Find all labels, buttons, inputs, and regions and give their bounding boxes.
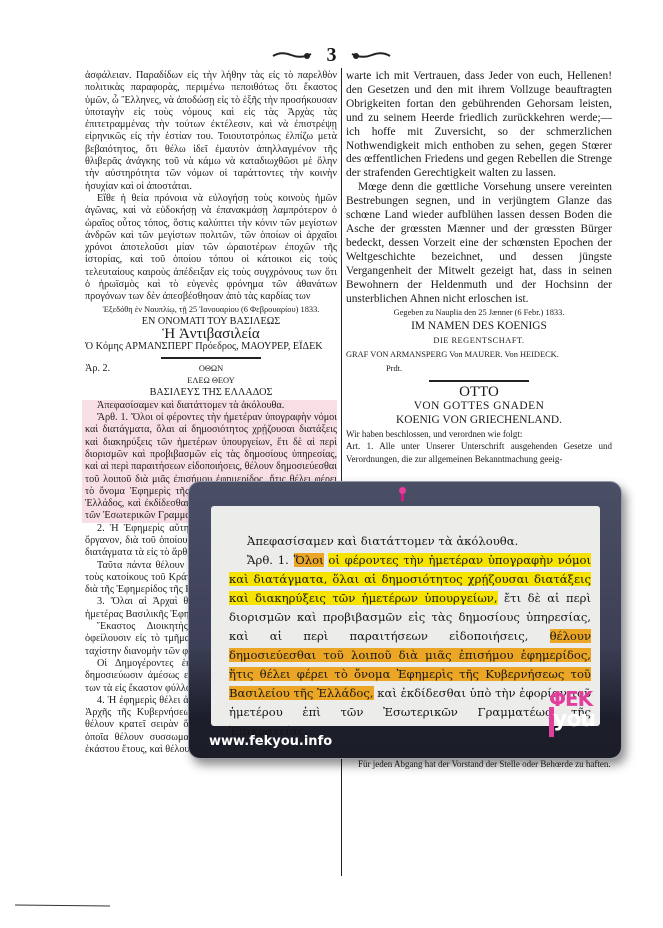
highlight-word[interactable]: Ὅλοι xyxy=(294,553,324,567)
greek-paragraph-1: ἀσφάλειαν. Παραδίδων εἰς τὴν λήθην τὰς ε… xyxy=(85,70,337,193)
logo-you: you xyxy=(553,707,595,732)
greek-number-label: Ἀρ. 2. xyxy=(85,363,110,375)
zoomed-article-label: Ἄρθ. 1. xyxy=(247,553,289,567)
fekyou-logo[interactable]: ΦΕΚ you xyxy=(545,687,607,741)
greek-king-title: ΒΑΣΙΛΕΥΣ ΤΗΣ ΕΛΛΑΔΟΣ xyxy=(85,387,337,399)
footer-rule xyxy=(15,905,110,907)
greek-decree-intro: Ἀπεφασίσαμεν καὶ διατάττομεν τὰ ἀκόλουθα… xyxy=(85,400,337,412)
greek-decree-head: Ἀρ. 2. ΟΘΩΝ ΕΛΕΩ ΘΕΟΥ ΒΑΣΙΛΕΥΣ ΤΗΣ ΕΛΛΑΔ… xyxy=(85,363,337,400)
german-article-1: Art. 1. Alle unter Unserer Unterschrift … xyxy=(346,440,612,465)
german-by-grace: VON GOTTES GNADEN xyxy=(346,400,612,414)
greek-regency: Ἡ Ἀντιβασιλεία xyxy=(85,328,337,340)
greek-signatories: Ὁ Κόμης ΑΡΜΑΝΣΠΕΡΓ Πρόεδρος, ΜΑΟΥΡΕΡ, ΕΪ… xyxy=(85,341,337,353)
german-king: OTTO xyxy=(346,386,612,400)
german-regency: DIE REGENTSCHAFT. xyxy=(346,334,612,348)
german-decree-intro: Wir haben beschlossen, und verordnen wie… xyxy=(346,428,612,441)
greek-by-grace: ΕΛΕΩ ΘΕΟΥ xyxy=(85,375,337,387)
german-article-4b: Für jeden Abgang hat der Vorstand der St… xyxy=(346,758,612,771)
greek-paragraph-2: Εἴθε ἡ θεία πρόνοια νὰ εὐλογήσῃ τοὺς κοι… xyxy=(85,193,337,304)
zoomed-text: Ἀπεφασίσαμεν καὶ διατάττομεν τὰ ἀκόλουθα… xyxy=(229,532,591,741)
german-signatories: GRAF VON ARMANSPERG Von MAURER. Von HEID… xyxy=(346,348,612,362)
page-number: 3 xyxy=(327,44,337,66)
ornament-left-icon xyxy=(271,51,313,61)
greek-king: ΟΘΩΝ xyxy=(85,363,337,375)
zoomed-intro: Ἀπεφασίσαμεν καὶ διατάττομεν τὰ ἀκόλουθα… xyxy=(229,532,591,551)
german-paragraph-1: warte ich mit Vertrauen, dass Jeder von … xyxy=(346,70,612,181)
page-header: 3 xyxy=(0,44,663,67)
greek-dateline: Ἐξεδόθη ἐν Ναυπλίῳ, τῇ 25 Ἰανουαρίου (6 … xyxy=(85,304,337,316)
separator-rule xyxy=(429,380,529,382)
ornament-right-icon xyxy=(350,51,392,61)
site-url-link[interactable]: www.fekyou.info xyxy=(209,734,332,749)
zoom-viewer-overlay[interactable]: Ἀπεφασίσαμεν καὶ διατάττομεν τὰ ἀκόλουθα… xyxy=(188,481,622,759)
german-in-name: IM NAMEN DES KOENIGS xyxy=(346,320,612,334)
pin-icon xyxy=(399,487,406,501)
zoom-screen: Ἀπεφασίσαμεν καὶ διατάττομεν τὰ ἀκόλουθα… xyxy=(211,506,600,726)
german-dateline: Gegeben zu Nauplia den 25 Jænner (6 Febr… xyxy=(346,306,612,320)
separator-rule xyxy=(161,357,261,359)
german-signatories-sub: Prdt. xyxy=(346,362,612,376)
german-paragraph-2: Mœge denn die gœttliche Vorsehung unsere… xyxy=(346,181,612,306)
german-king-title: KOENIG VON GRIECHENLAND. xyxy=(346,414,612,428)
